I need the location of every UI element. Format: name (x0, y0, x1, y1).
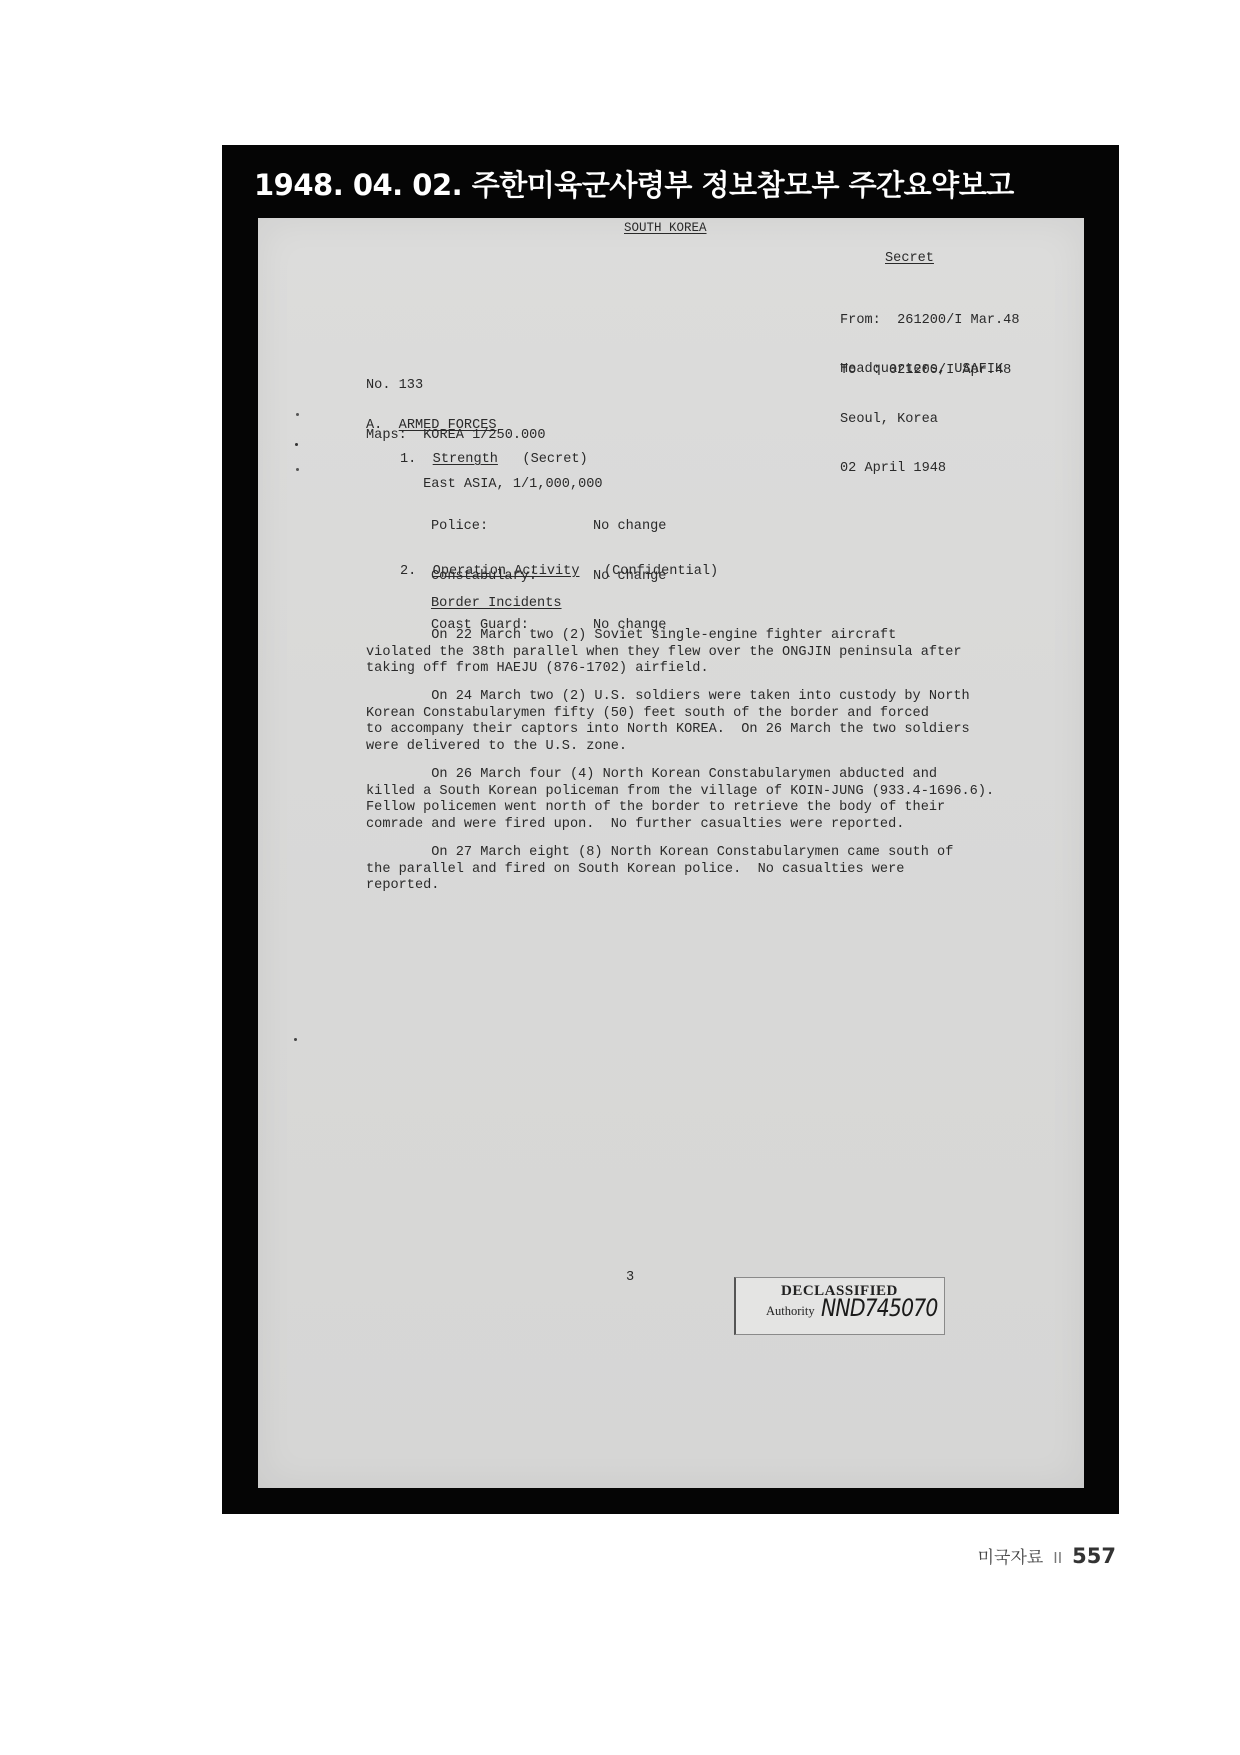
incident-paragraph: On 26 March four (4) North Korean Consta… (366, 767, 1006, 833)
paragraph-line: Fellow policemen went north of the borde… (366, 800, 1006, 817)
paragraph-line: were delivered to the U.S. zone. (366, 739, 1006, 756)
origin-date: 02 April 1948 (840, 461, 1003, 478)
footer-page-number: 557 (1072, 1544, 1116, 1568)
paragraph-line: violated the 38th parallel when they fle… (366, 645, 1006, 662)
row-value: No change (593, 519, 666, 536)
footer-separator: II (1053, 1549, 1062, 1567)
paragraph-line: to accompany their captors into North KO… (366, 722, 1006, 739)
item-classification: (Secret) (522, 452, 587, 467)
report-number: No. 133 (366, 378, 603, 395)
origin-hq: Headquarters, USAFIK (840, 362, 1003, 379)
classification-label: Secret (885, 251, 934, 268)
paragraph-line: reported. (366, 878, 1006, 895)
subheading-border-incidents: Border Incidents (431, 596, 562, 613)
scan-speck (294, 1038, 297, 1041)
paragraph-line: Korean Constabularymen fifty (50) feet s… (366, 706, 1006, 723)
scan-speck (296, 413, 299, 416)
section-a-heading: A. ARMED FORCES (366, 418, 497, 435)
scan-speck (295, 443, 298, 446)
item-classification: (Confidential) (604, 564, 718, 579)
declassified-stamp: DECLASSIFIED Authority NND745070 (734, 1277, 945, 1335)
item-title: Operation Activity (433, 564, 580, 579)
item-2-heading: 2. Operation Activity (Confidential) (400, 564, 718, 581)
incident-paragraph: On 24 March two (2) U.S. soldiers were t… (366, 689, 1006, 755)
stamp-authority-label: Authority (766, 1304, 815, 1319)
section-letter: A. (366, 418, 382, 433)
page-title: 1948. 04. 02. 주한미육군사령부 정보참모부 주간요약보고 (254, 163, 1014, 204)
paragraph-line: On 22 March two (2) Soviet single-engine… (366, 628, 1006, 645)
item-number: 1. (400, 452, 416, 467)
scan-speck (296, 468, 299, 471)
incident-paragraph: On 27 March eight (8) North Korean Const… (366, 845, 1006, 895)
incident-paragraph: On 22 March two (2) Soviet single-engine… (366, 628, 1006, 678)
strength-row: Police:No change (431, 519, 666, 536)
document-frame: 1948. 04. 02. 주한미육군사령부 정보참모부 주간요약보고 SOUT… (222, 145, 1119, 1514)
origin-block: Headquarters, USAFIK Seoul, Korea 02 Apr… (840, 329, 1003, 511)
scanned-document: SOUTH KOREA Secret From: 261200/I Mar.48… (258, 218, 1084, 1488)
item-1-heading: 1. Strength (Secret) (400, 452, 588, 469)
origin-location: Seoul, Korea (840, 412, 1003, 429)
paragraph-line: On 26 March four (4) North Korean Consta… (366, 767, 1006, 784)
top-classification: SOUTH KOREA (624, 220, 707, 237)
row-label: Police: (431, 519, 593, 536)
paragraph-line: On 24 March two (2) U.S. soldiers were t… (366, 689, 1006, 706)
footer-section: 미국자료 (978, 1543, 1044, 1568)
from-value: 261200/I Mar.48 (897, 313, 1019, 328)
paragraph-line: killed a South Korean policeman from the… (366, 784, 1006, 801)
paragraph-line: the parallel and fired on South Korean p… (366, 862, 1006, 879)
item-number: 2. (400, 564, 416, 579)
item-title: Strength (433, 452, 498, 467)
section-title: ARMED FORCES (399, 418, 497, 433)
from-label: From: (840, 313, 881, 328)
page-footer: 미국자료 II 557 (978, 1543, 1116, 1568)
stamp-authority-value: NND745070 (821, 1294, 937, 1322)
paragraph-line: comrade and were fired upon. No further … (366, 817, 1006, 834)
document-page-number: 3 (626, 1270, 634, 1287)
paragraph-line: On 27 March eight (8) North Korean Const… (366, 845, 1006, 862)
paragraph-line: taking off from HAEJU (876-1702) airfiel… (366, 661, 1006, 678)
